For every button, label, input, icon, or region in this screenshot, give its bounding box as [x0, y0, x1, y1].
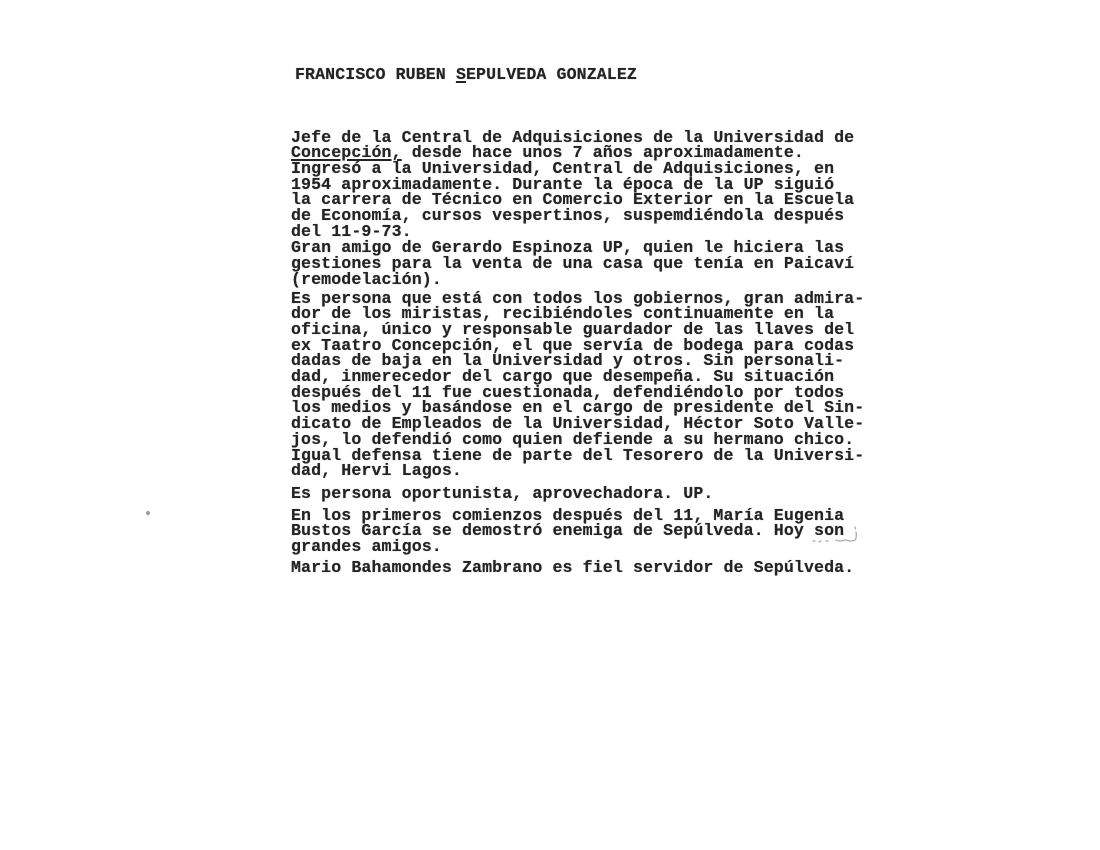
typewritten-text-block: FRANCISCO RUBEN SEPULVEDA GONZALEZ Jefe … — [291, 36, 891, 607]
handwritten-scribble-mark — [810, 522, 870, 552]
paragraph: En los primeros comienzos después del 11… — [291, 508, 891, 555]
text-line: Es persona oportunista, aprovechadora. U… — [291, 486, 891, 502]
text-line: del 11-9-73. — [291, 224, 891, 240]
scan-speck — [146, 511, 150, 515]
document-body: Jefe de la Central de Adquisiciones de l… — [291, 130, 891, 576]
document-title: FRANCISCO RUBEN SEPULVEDA GONZALEZ — [295, 67, 891, 83]
scanned-document-page: FRANCISCO RUBEN SEPULVEDA GONZALEZ Jefe … — [0, 0, 1100, 850]
paragraph: Es persona oportunista, aprovechadora. U… — [291, 486, 891, 502]
text-line: dad, Hervi Lagos. — [291, 463, 891, 479]
paragraph: Es persona que está con todos los gobier… — [291, 291, 891, 479]
text-line: grandes amigos. — [291, 539, 891, 555]
underlined-text: S — [456, 65, 466, 84]
paragraph: Gran amigo de Gerardo Espinoza UP, quien… — [291, 240, 891, 287]
text-line: (remodelación). — [291, 272, 891, 288]
text-segment: FRANCISCO RUBEN — [295, 65, 456, 84]
paragraph: Ingresó a la Universidad, Central de Adq… — [291, 161, 891, 240]
paragraph: Jefe de la Central de Adquisiciones de l… — [291, 130, 891, 161]
text-line: Mario Bahamondes Zambrano es fiel servid… — [291, 560, 891, 576]
paragraph: Mario Bahamondes Zambrano es fiel servid… — [291, 560, 891, 576]
text-segment: EPULVEDA GONZALEZ — [466, 65, 637, 84]
